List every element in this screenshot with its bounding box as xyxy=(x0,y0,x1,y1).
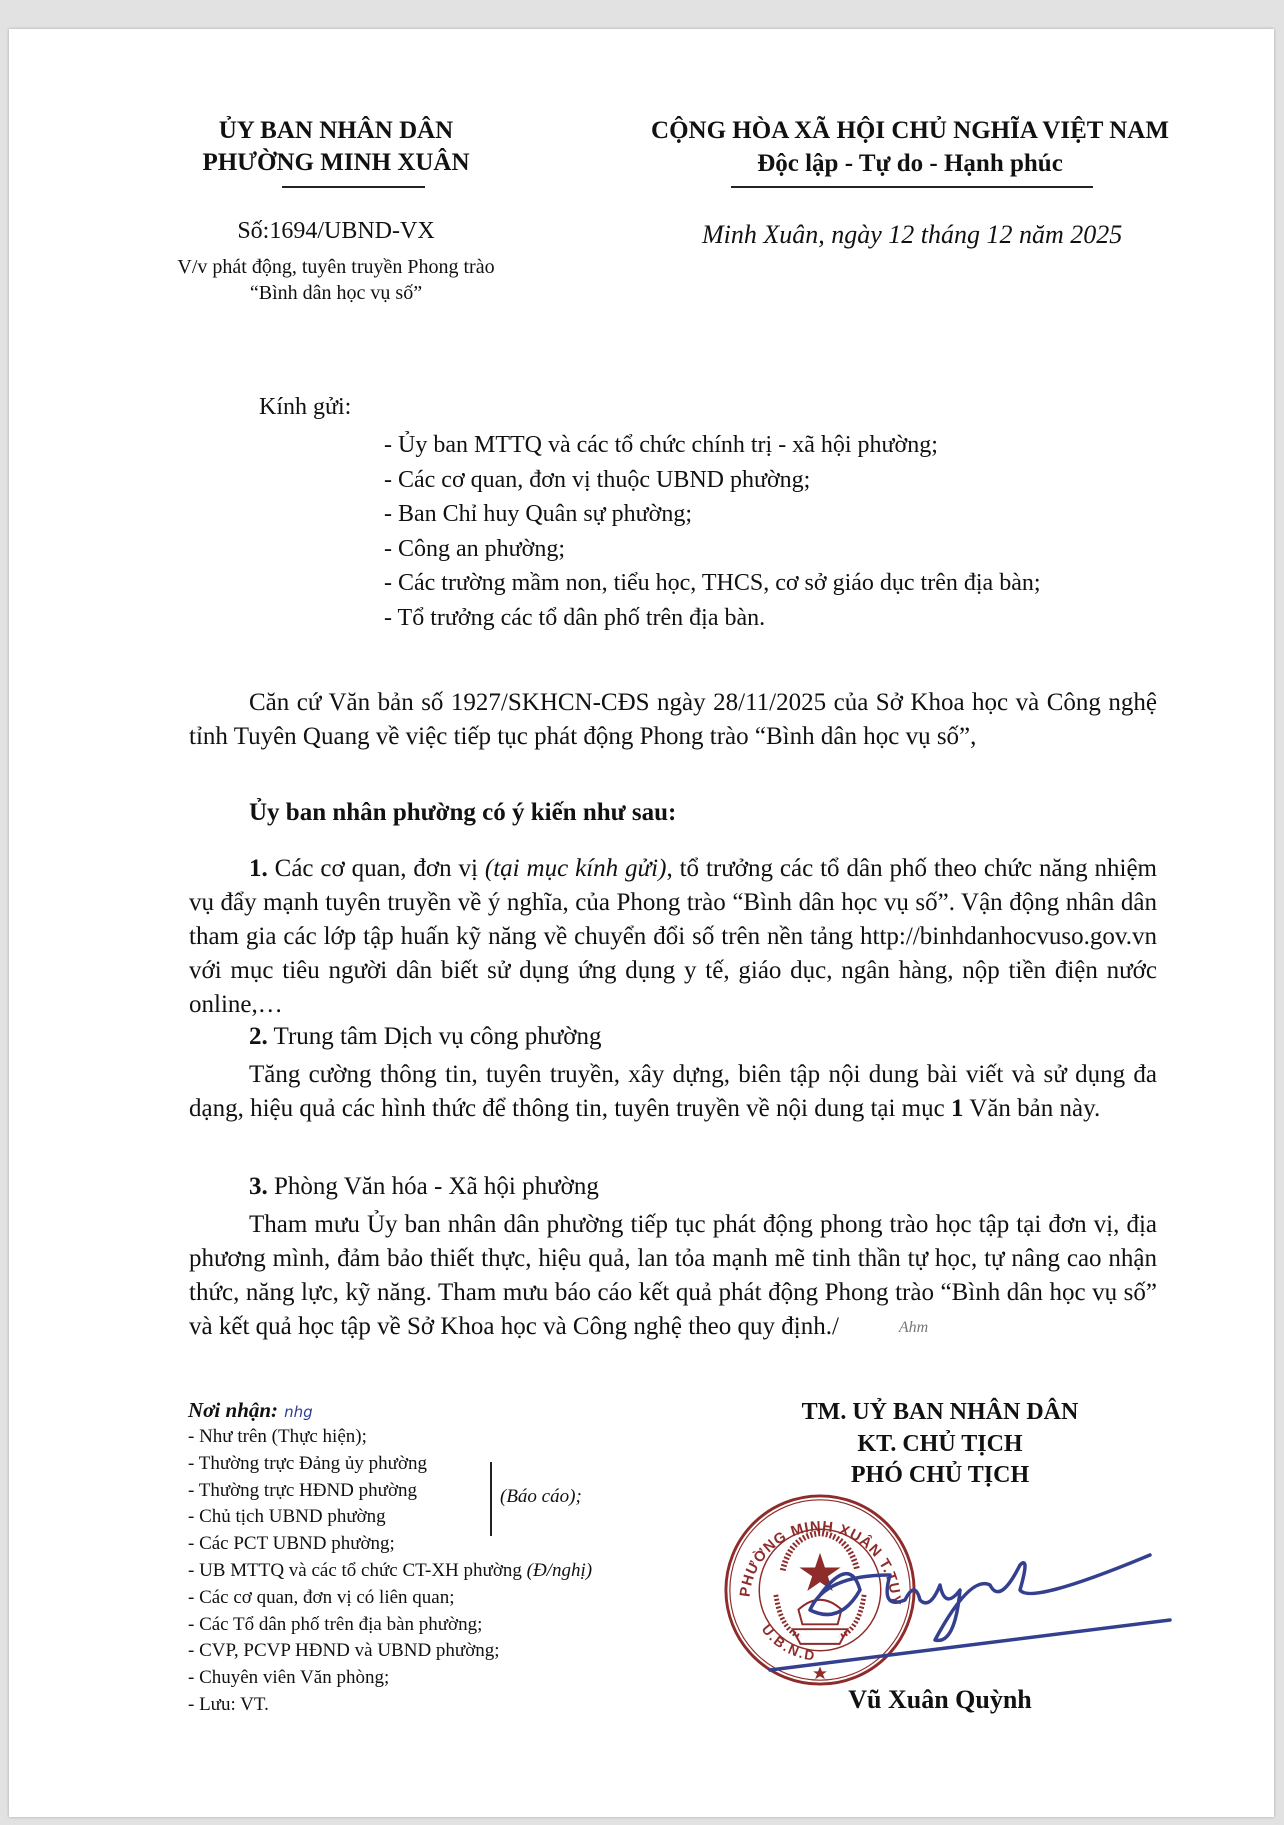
item-2-heading: 2. Trung tâm Dịch vụ công phường xyxy=(189,1020,1157,1054)
item-3-body: Tham mưu Ủy ban nhân dân phường tiếp tục… xyxy=(189,1208,1157,1345)
item-2-text-post: Văn bản này. xyxy=(963,1095,1100,1122)
recipient-item: - Chủ tịch UBND phường xyxy=(188,1504,592,1531)
recipient-item: - Như trên (Thực hiện); xyxy=(188,1424,592,1451)
end-initials: Ahm xyxy=(839,1311,928,1345)
handwritten-initials: nhg xyxy=(284,1403,313,1421)
item-2-number: 2. xyxy=(249,1023,268,1050)
item-1-text-italic: (tại mục kính gửi) xyxy=(485,855,667,882)
document-number: Số:1694/UBND-VX xyxy=(146,218,526,245)
item-1-text-pre: Các cơ quan, đơn vị xyxy=(268,855,485,882)
item-1-number: 1. xyxy=(249,855,268,882)
recipient-item: - Thường trực Đảng ủy phường xyxy=(188,1451,592,1478)
recipient-item: - Các cơ quan, đơn vị có liên quan; xyxy=(188,1585,592,1612)
recipients-label-text: Nơi nhận: xyxy=(188,1398,278,1422)
basis-paragraph: Căn cứ Văn bản số 1927/SKHCN-CĐS ngày 28… xyxy=(189,686,1157,754)
addressee-item: - Tổ trưởng các tổ dân phố trên địa bàn. xyxy=(384,601,1041,636)
item-3-text: Tham mưu Ủy ban nhân dân phường tiếp tục… xyxy=(189,1211,1157,1340)
group-note: (Báo cáo); xyxy=(500,1486,582,1508)
addressees-label: Kính gửi: xyxy=(259,394,351,421)
addressee-item: - Ban Chỉ huy Quân sự phường; xyxy=(384,497,1041,532)
group-bracket xyxy=(490,1462,492,1536)
addressee-item: - Các trường mầm non, tiểu học, THCS, cơ… xyxy=(384,566,1041,601)
recipients-list: - Như trên (Thực hiện); - Thường trực Đả… xyxy=(188,1424,592,1719)
subject-line2: “Bình dân học vụ số” xyxy=(146,282,526,305)
subject-line1: V/v phát động, tuyên truyền Phong trào xyxy=(146,256,526,279)
addressees-list: - Ủy ban MTTQ và các tổ chức chính trị -… xyxy=(384,428,1041,635)
recipient-item: - CVP, PCVP HĐND và UBND phường; xyxy=(188,1638,592,1665)
item-3-title: Phòng Văn hóa - Xã hội phường xyxy=(268,1173,599,1200)
handwritten-signature-icon xyxy=(730,1535,1180,1675)
issuer-underline xyxy=(282,186,425,188)
recipient-item: - UB MTTQ và các tổ chức CT-XH phường (Đ… xyxy=(188,1558,592,1585)
item-2-body: Tăng cường thông tin, tuyên truyền, xây … xyxy=(189,1058,1157,1126)
recipient-item: - Các PCT UBND phường; xyxy=(188,1531,592,1558)
issuer-line1: ỦY BAN NHÂN DÂN xyxy=(146,117,526,145)
recipient-item-note: (Đ/nghị) xyxy=(527,1560,592,1581)
addressee-item: - Các cơ quan, đơn vị thuộc UBND phường; xyxy=(384,463,1041,498)
recipient-item: - Chuyên viên Văn phòng; xyxy=(188,1665,592,1692)
signature-line2: KT. CHỦ TỊCH xyxy=(720,1431,1160,1458)
item-1: 1. Các cơ quan, đơn vị (tại mục kính gửi… xyxy=(189,852,1157,1022)
item-3-number: 3. xyxy=(249,1173,268,1200)
opinion-heading-text: Ủy ban nhân phường có ý kiến như sau: xyxy=(189,796,1157,830)
item-2-title: Trung tâm Dịch vụ công phường xyxy=(268,1023,602,1050)
signature-line1: TM. UỶ BAN NHÂN DÂN xyxy=(720,1399,1160,1426)
opinion-heading: Ủy ban nhân phường có ý kiến như sau: xyxy=(189,796,1157,830)
recipient-item: - Các Tổ dân phố trên địa bàn phường; xyxy=(188,1612,592,1639)
national-motto: Độc lập - Tự do - Hạnh phúc xyxy=(580,150,1240,178)
item-2-text-bold: 1 xyxy=(951,1095,964,1122)
issuer-line2: PHƯỜNG MINH XUÂN xyxy=(146,149,526,177)
recipients-label: Nơi nhận:nhg xyxy=(188,1398,313,1423)
motto-underline xyxy=(731,186,1093,188)
signature-line3: PHÓ CHỦ TỊCH xyxy=(720,1462,1160,1489)
recipient-item: - Lưu: VT. xyxy=(188,1692,592,1719)
item-3-heading: 3. Phòng Văn hóa - Xã hội phường xyxy=(189,1170,1157,1204)
national-title: CỘNG HÒA XÃ HỘI CHỦ NGHĨA VIỆT NAM xyxy=(580,117,1240,145)
signer-name: Vũ Xuân Quỳnh xyxy=(720,1685,1160,1715)
recipient-item-text: - UB MTTQ và các tổ chức CT-XH phường xyxy=(188,1560,527,1581)
addressee-item: - Ủy ban MTTQ và các tổ chức chính trị -… xyxy=(384,428,1041,463)
basis-text: Căn cứ Văn bản số 1927/SKHCN-CĐS ngày 28… xyxy=(189,686,1157,754)
issue-date: Minh Xuân, ngày 12 tháng 12 năm 2025 xyxy=(702,220,1122,250)
addressee-item: - Công an phường; xyxy=(384,532,1041,567)
